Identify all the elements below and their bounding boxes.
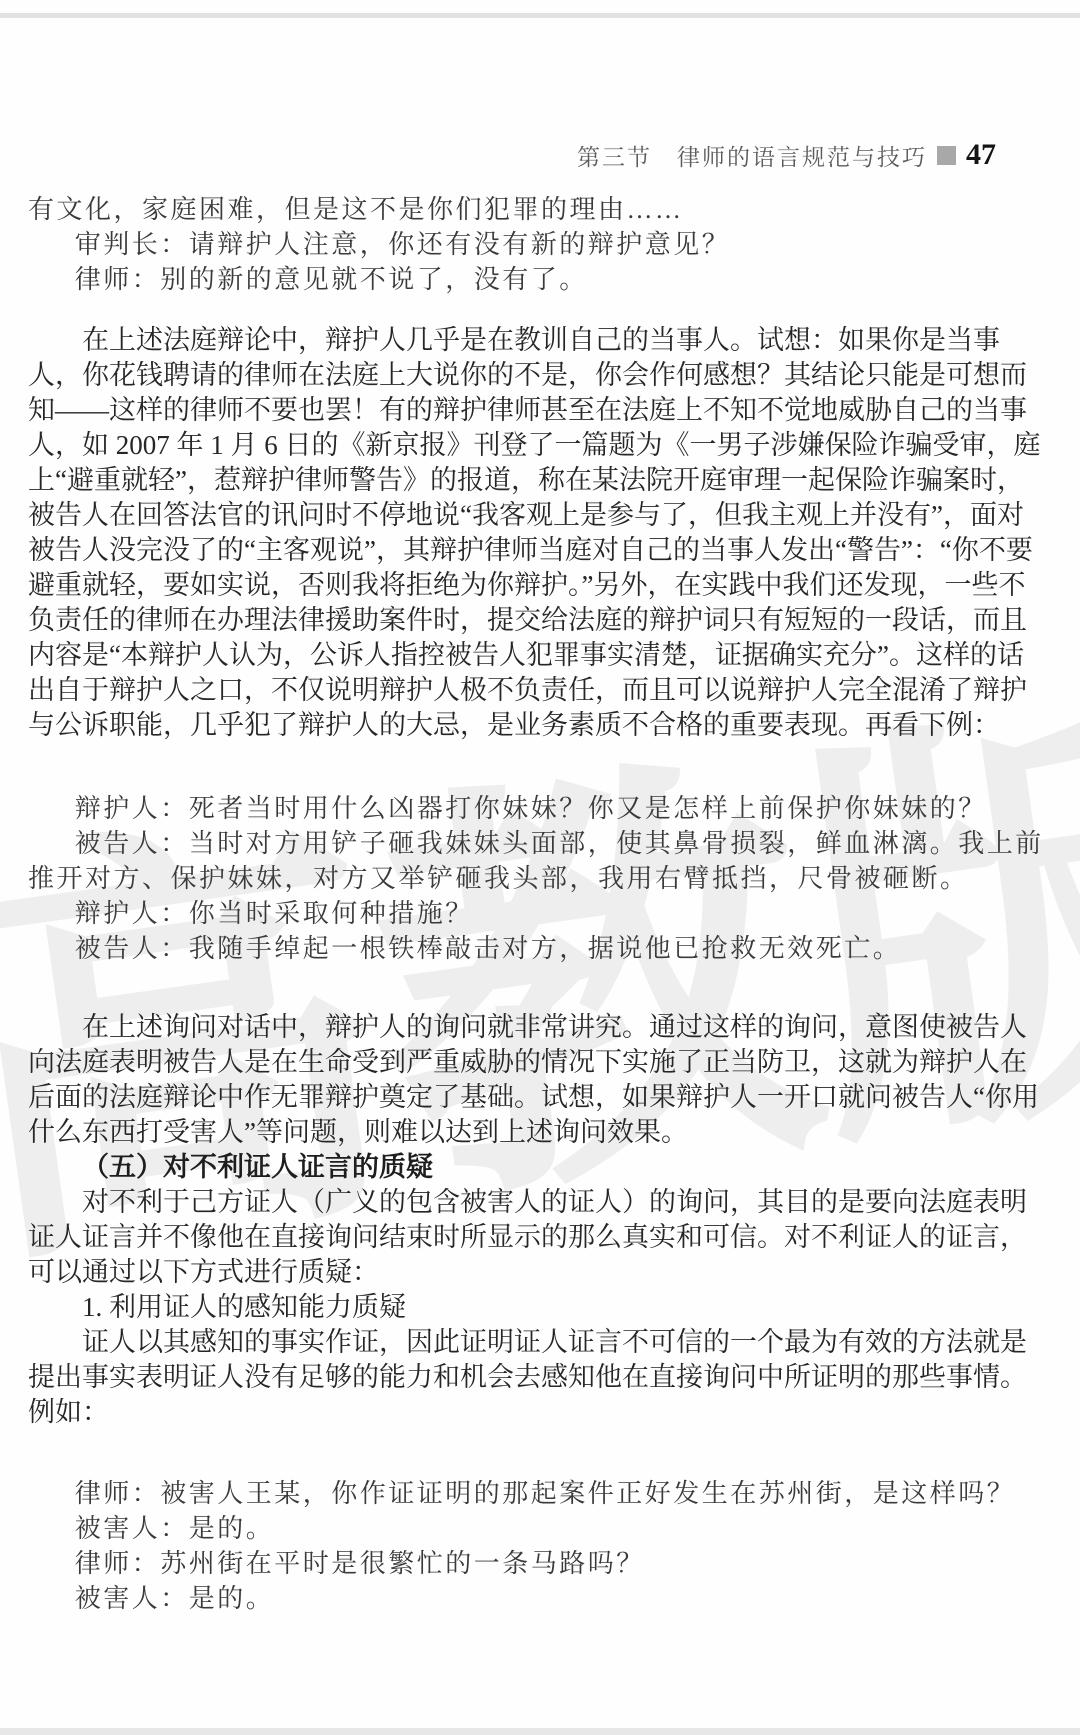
body-paragraph: 对不利于己方证人（广义的包含被害人的证人）的询问，其目的是要向法庭表明证人证言并… xyxy=(28,1185,1048,1290)
dialogue-line: 有文化，家庭困难，但是这不是你们犯罪的理由…… xyxy=(28,192,1048,227)
body-paragraph: 在上述询问对话中，辩护人的询问就非常讲究。通过这样的询问，意图使被告人向法庭表明… xyxy=(28,1010,1048,1150)
dialogue-line: 被害人：是的。 xyxy=(28,1581,1048,1616)
dialogue-line: 被告人：当时对方用铲子砸我妹妹头面部，使其鼻骨损裂，鲜血淋漓。我上前推开对方、保… xyxy=(28,826,1048,896)
scan-edge-bottom xyxy=(0,1728,1080,1735)
body-paragraph: 证人以其感知的事实作证，因此证明证人证言不可信的一个最为有效的方法就是提出事实表… xyxy=(28,1325,1048,1430)
header-square-marker xyxy=(937,146,956,165)
dialogue-line: 被害人：是的。 xyxy=(28,1511,1048,1546)
body-paragraph: 在上述法庭辩论中，辩护人几乎是在教训自己的当事人。试想：如果你是当事人，你花钱聘… xyxy=(28,323,1048,743)
dialogue-line: 审判长：请辩护人注意，你还有没有新的辩护意见？ xyxy=(28,227,1048,262)
section-title: 第三节 律师的语言规范与技巧 xyxy=(577,139,927,172)
page-content: 有文化，家庭困难，但是这不是你们犯罪的理由…… 审判长：请辩护人注意，你还有没有… xyxy=(28,192,1048,1616)
dialogue-line: 被告人：我随手绰起一根铁棒敲击对方，据说他已抢救无效死亡。 xyxy=(28,931,1048,966)
subsection-heading: （五）对不利证人证言的质疑 xyxy=(28,1150,1048,1185)
page-number: 47 xyxy=(966,138,996,172)
dialogue-line: 辩护人：死者当时用什么凶器打你妹妹？你又是怎样上前保护你妹妹的？ xyxy=(28,791,1048,826)
scan-edge-top xyxy=(0,13,1080,18)
dialogue-line: 律师：被害人王某，你作证证明的那起案件正好发生在苏州街，是这样吗？ xyxy=(28,1476,1048,1511)
numbered-point-heading: 1. 利用证人的感知能力质疑 xyxy=(28,1290,1048,1325)
dialogue-line: 律师：苏州街在平时是很繁忙的一条马路吗？ xyxy=(28,1546,1048,1581)
dialogue-line: 律师：别的新的意见就不说了，没有了。 xyxy=(28,262,1048,297)
book-page: 第三节 律师的语言规范与技巧 47 高教版 有文化，家庭困难，但是这不是你们犯罪… xyxy=(0,0,1080,1735)
dialogue-line: 辩护人：你当时采取何种措施？ xyxy=(28,896,1048,931)
page-header: 第三节 律师的语言规范与技巧 47 xyxy=(577,138,996,172)
